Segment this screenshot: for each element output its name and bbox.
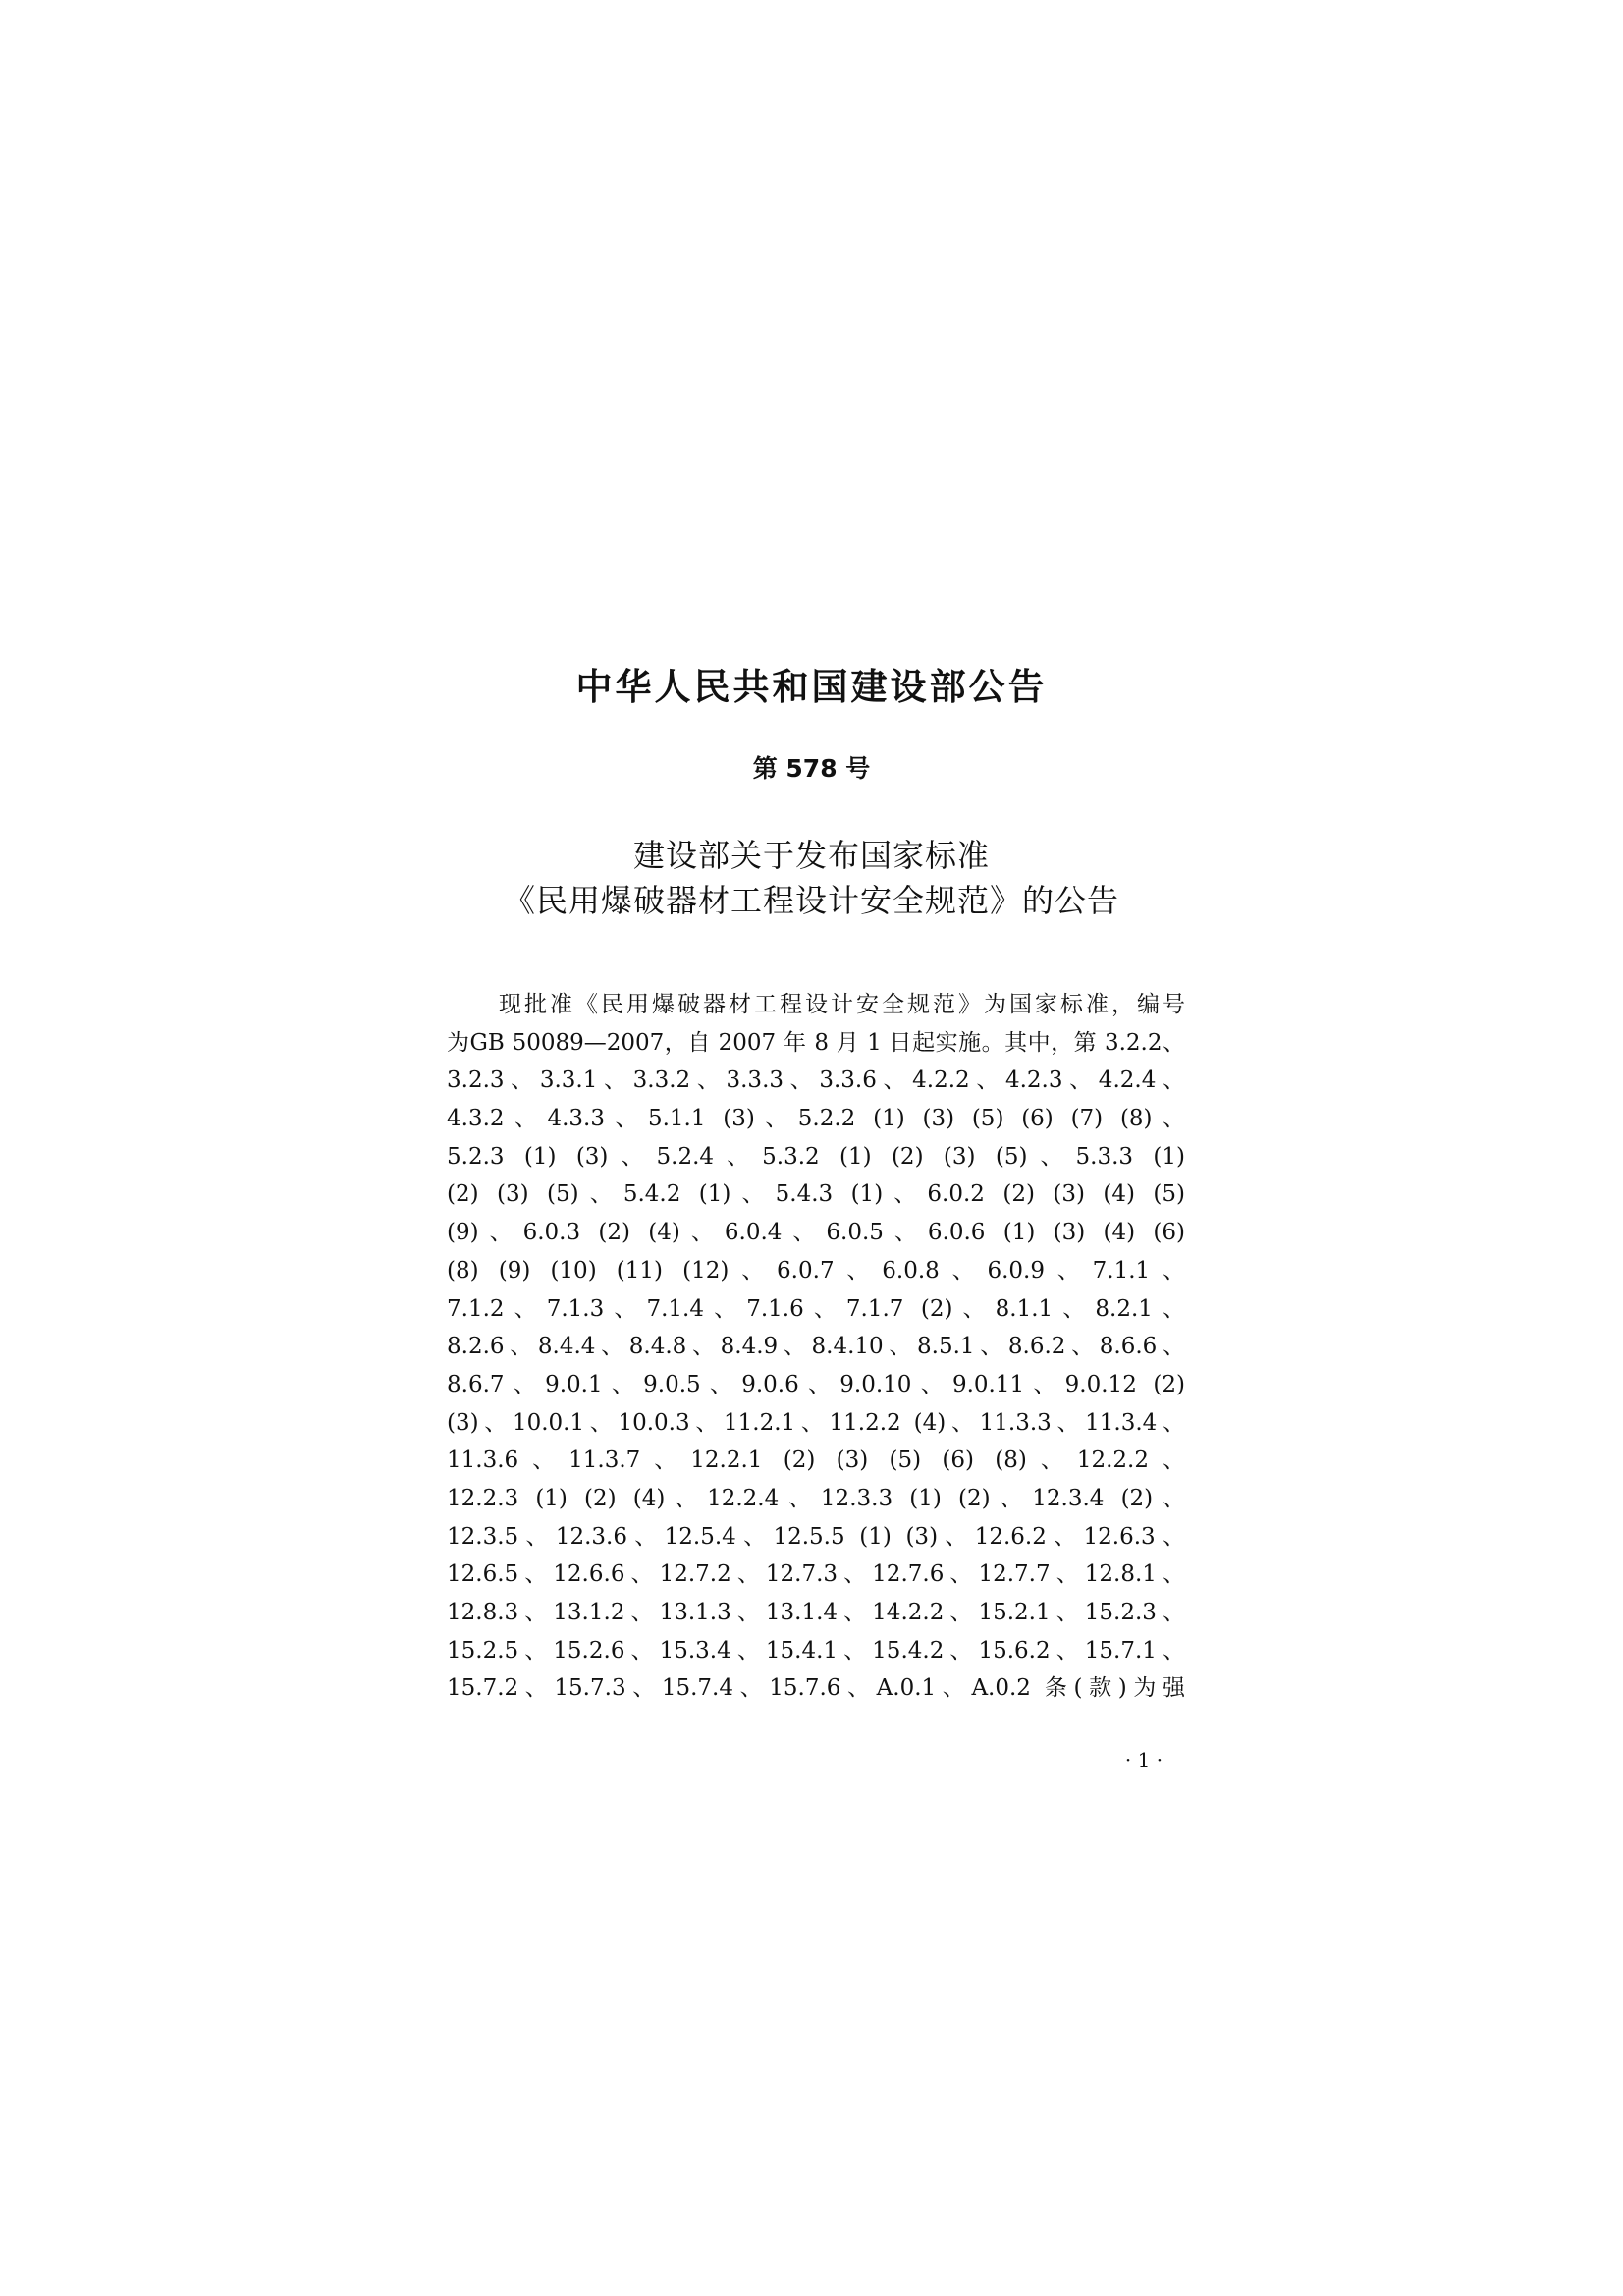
page-number: · 1 ·: [1109, 1746, 1178, 1774]
announcement-subtitle: 建设部关于发布国家标准 《民用爆破器材工程设计安全规范》的公告: [0, 833, 1623, 923]
announcement-title: 中华人民共和国建设部公告: [0, 666, 1623, 709]
body-line: 15.2.5、15.2.6、15.3.4、15.4.1、15.4.2、15.6.…: [447, 1632, 1185, 1670]
body-line: 4.3.2、4.3.3、5.1.1 (3)、5.2.2 (1) (3) (5) …: [447, 1100, 1185, 1138]
body-line: 12.2.3 (1) (2) (4)、12.2.4、12.3.3 (1) (2)…: [447, 1480, 1185, 1518]
body-line: 8.2.6、8.4.4、8.4.8、8.4.9、8.4.10、8.5.1、8.6…: [447, 1328, 1185, 1366]
subtitle-line: 建设部关于发布国家标准: [0, 833, 1623, 878]
body-line: 3.2.3、3.3.1、3.3.2、3.3.3、3.3.6、4.2.2、4.2.…: [447, 1062, 1185, 1100]
body-line: 11.3.6、11.3.7、12.2.1 (2) (3) (5) (6) (8)…: [447, 1442, 1185, 1480]
body-line: 12.8.3、13.1.2、13.1.3、13.1.4、14.2.2、15.2.…: [447, 1594, 1185, 1632]
body-line: (9)、6.0.3 (2) (4)、6.0.4、6.0.5、6.0.6 (1) …: [447, 1214, 1185, 1252]
announcement-body: 现批准《民用爆破器材工程设计安全规范》为国家标准，编号 为GB 50089—20…: [447, 986, 1185, 1708]
body-line: (8) (9) (10) (11) (12)、6.0.7、6.0.8、6.0.9…: [447, 1252, 1185, 1290]
body-line: 5.2.3 (1) (3)、5.2.4、5.3.2 (1) (2) (3) (5…: [447, 1138, 1185, 1176]
subtitle-line: 《民用爆破器材工程设计安全规范》的公告: [0, 878, 1623, 923]
body-line: (2) (3) (5)、5.4.2 (1)、5.4.3 (1)、6.0.2 (2…: [447, 1175, 1185, 1214]
body-line: 15.7.2、15.7.3、15.7.4、15.7.6、A.0.1、A.0.2 …: [447, 1669, 1185, 1708]
body-line: 8.6.7、9.0.1、9.0.5、9.0.6、9.0.10、9.0.11、9.…: [447, 1366, 1185, 1404]
body-line: 12.3.5、12.3.6、12.5.4、12.5.5 (1) (3)、12.6…: [447, 1518, 1185, 1557]
announcement-number: 第 578 号: [0, 754, 1623, 784]
body-line: (3)、10.0.1、10.0.3、11.2.1、11.2.2 (4)、11.3…: [447, 1404, 1185, 1443]
body-line: 12.6.5、12.6.6、12.7.2、12.7.3、12.7.6、12.7.…: [447, 1556, 1185, 1594]
body-line: 7.1.2、7.1.3、7.1.4、7.1.6、7.1.7 (2)、8.1.1、…: [447, 1290, 1185, 1329]
body-line: 为GB 50089—2007，自 2007 年 8 月 1 日起实施。其中，第 …: [447, 1024, 1185, 1063]
body-line: 现批准《民用爆破器材工程设计安全规范》为国家标准，编号: [447, 986, 1185, 1024]
document-page: 中华人民共和国建设部公告 第 578 号 建设部关于发布国家标准 《民用爆破器材…: [0, 0, 1623, 2296]
